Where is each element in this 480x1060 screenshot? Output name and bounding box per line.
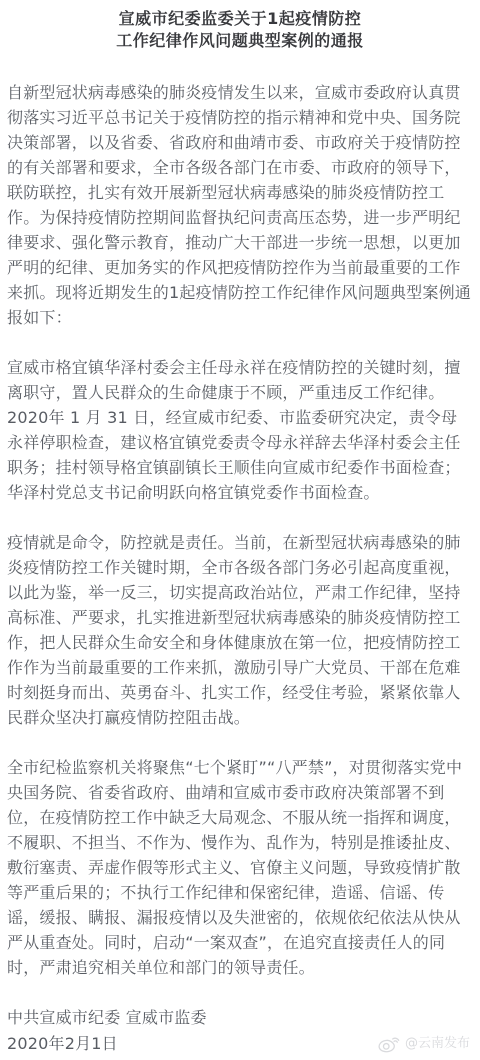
weibo-icon <box>377 1035 401 1054</box>
body-paragraph-3: 疫情就是命令，防控就是责任。当前，在新型冠状病毒感染的肺炎疫情防控工作关键时期，… <box>7 530 473 730</box>
notice-document: 宣威市纪委监委关于1起疫情防控 工作纪律作风问题典型案例的通报 自新型冠状病毒感… <box>0 0 480 1057</box>
body-paragraph-2: 宣威市格宜镇华泽村委会主任母永祥在疫情防控的关键时刻，擅离职守，置人民群众的生命… <box>7 355 473 505</box>
document-title: 宣威市纪委监委关于1起疫情防控 工作纪律作风问题典型案例的通报 <box>7 8 473 52</box>
watermark-handle: @云南发布 <box>405 1034 470 1054</box>
body-paragraph-4: 全市纪检监察机关将聚焦“七个紧盯”“八严禁”，对贯彻落实党中央国务院、省委省政府… <box>7 755 473 980</box>
weibo-watermark: @云南发布 <box>377 1034 470 1054</box>
signature-line: 中共宣威市纪委 宣威市监委 <box>7 1005 473 1031</box>
page: 宣威市纪委监委关于1起疫情防控 工作纪律作风问题典型案例的通报 自新型冠状病毒感… <box>0 0 480 1060</box>
title-line-2: 工作纪律作风问题典型案例的通报 <box>7 30 473 52</box>
body-paragraph-1: 自新型冠状病毒感染的肺炎疫情发生以来，宣威市委政府认真贯彻落实习近平总书记关于疫… <box>7 80 473 330</box>
title-line-1: 宣威市纪委监委关于1起疫情防控 <box>7 8 473 30</box>
